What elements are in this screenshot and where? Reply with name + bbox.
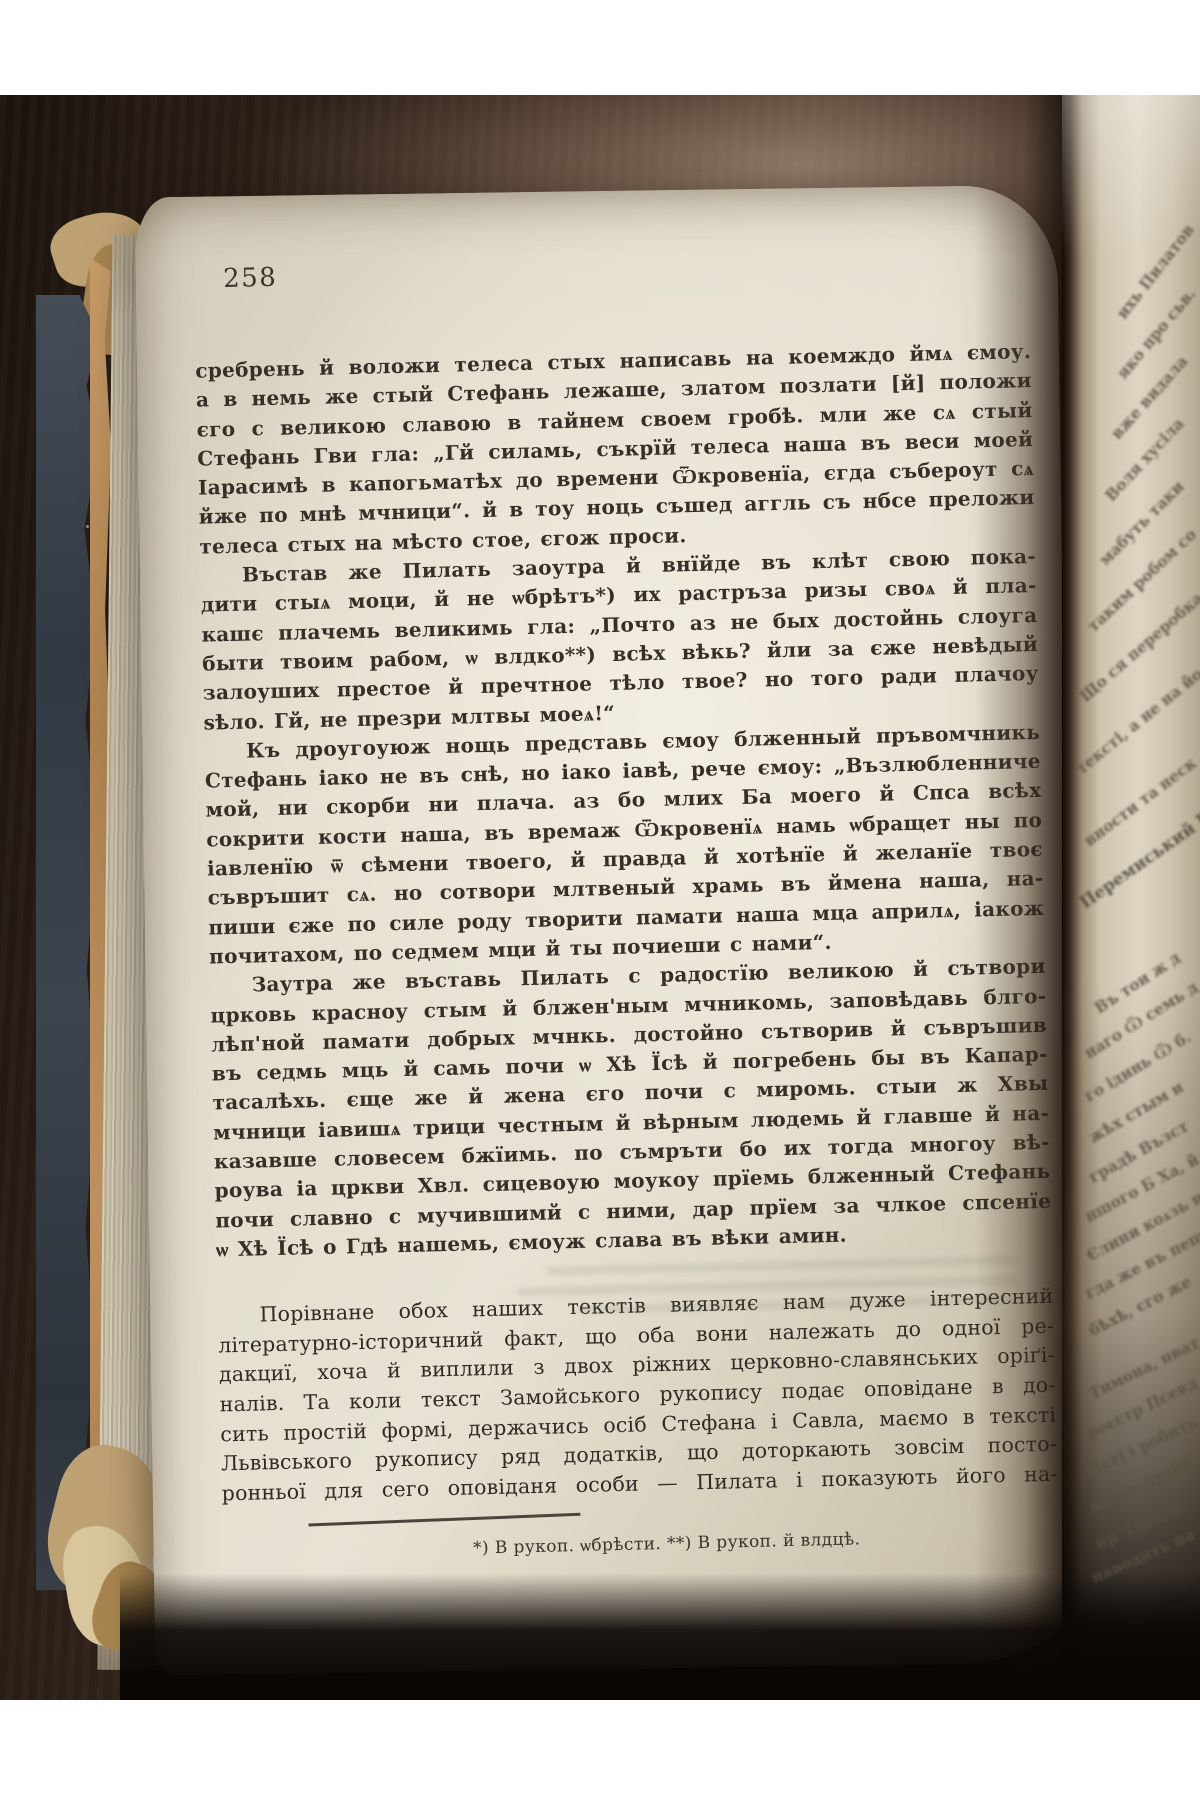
church-slavonic-paragraph: Заутра же въставь Пилать с радостїю вели… bbox=[209, 952, 1052, 1265]
page-number: 258 bbox=[223, 263, 278, 294]
church-slavonic-paragraph: Въстав же Пилать заоутра й внїйде въ клѣ… bbox=[200, 542, 1040, 737]
book-facing-page: ихь Пилатовяко про сьв.вже видалаВоля ху… bbox=[1062, 95, 1200, 1700]
facing-page-text-fragment: Перемиський Пр bbox=[1076, 799, 1200, 913]
footnote: *) В рукоп. ѡбрѣсти. **) В рукоп. й влдц… bbox=[473, 1529, 861, 1558]
footnote-separator-rule bbox=[308, 1513, 580, 1526]
book-left-page: 258 сребрень й воложи телеса стых написа… bbox=[135, 185, 1078, 1676]
book-spine-cloth bbox=[36, 295, 98, 1590]
photo-white-margin-bottom bbox=[0, 1700, 1200, 1800]
church-slavonic-paragraph: сребрень й воложи телеса стых написавь н… bbox=[195, 337, 1036, 562]
church-slavonic-paragraph: Къ дроугоуюж нощь представь ємоу блженны… bbox=[204, 718, 1045, 972]
photo-white-margin-top bbox=[0, 0, 1200, 95]
book-photo: 258 сребрень й воложи телеса стых написа… bbox=[0, 95, 1200, 1700]
ukrainian-commentary-paragraph: Порівнане обох наших текстів виявляє нам… bbox=[217, 1282, 1058, 1509]
page-text-block: 258 сребрень й воложи телеса стых написа… bbox=[195, 337, 1058, 1509]
dust-speck bbox=[86, 525, 89, 528]
table-shadow-below-book bbox=[120, 1573, 1200, 1700]
